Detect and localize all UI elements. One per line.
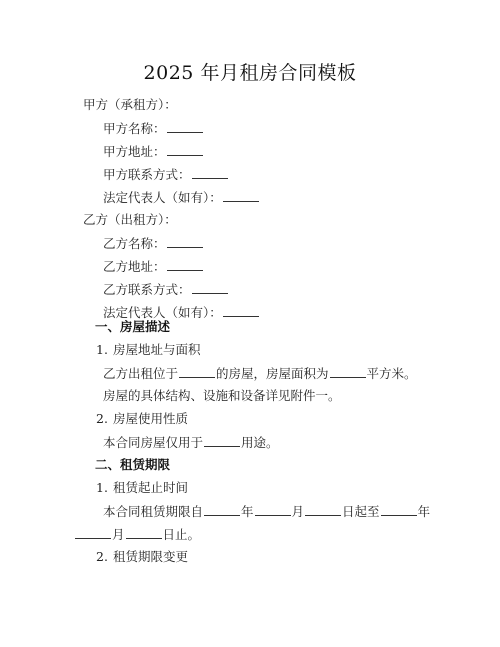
party-a-address-line: 甲方地址：	[103, 143, 204, 160]
document-title: 2025 年月租房合同模板	[0, 58, 500, 85]
end-year-blank[interactable]	[381, 503, 417, 516]
section-2-heading: 二、租赁期限	[95, 457, 170, 473]
party-a-rep-blank[interactable]	[223, 189, 259, 202]
section-1-item-2-text: 本合同房屋仅用于用途。	[103, 434, 279, 451]
section-2-item-2-title: 2.租赁期限变更	[96, 549, 188, 565]
section-1-heading: 一、房屋描述	[95, 319, 170, 335]
section-1-item-1-text-line-2: 房屋的具体结构、设施和设备详见附件一。	[103, 388, 341, 404]
party-b-rep-blank[interactable]	[223, 304, 259, 317]
start-year-blank[interactable]	[204, 503, 240, 516]
party-a-name-line: 甲方名称：	[103, 120, 204, 137]
document-page: 2025 年月租房合同模板 甲方（承租方）： 甲方名称： 甲方地址： 甲方联系方…	[0, 0, 500, 647]
section-2-item-1-title: 1.租赁起止时间	[96, 480, 188, 496]
section-1-item-1-text: 乙方出租位于的房屋，房屋面积为平方米。	[103, 365, 417, 382]
section-1-item-1-title: 1.房屋地址与面积	[96, 342, 201, 358]
party-a-name-blank[interactable]	[167, 120, 203, 133]
party-b-heading: 乙方（出租方）：	[83, 212, 177, 228]
party-a-rep-line: 法定代表人（如有）：	[103, 189, 260, 206]
party-a-contact-line: 甲方联系方式：	[103, 166, 229, 183]
party-b-address-blank[interactable]	[167, 258, 203, 271]
end-day-blank[interactable]	[126, 526, 162, 539]
party-b-contact-line: 乙方联系方式：	[103, 281, 229, 298]
section-1-item-2-title: 2.房屋使用性质	[96, 411, 188, 427]
party-b-name-line: 乙方名称：	[103, 235, 204, 252]
usage-purpose-blank[interactable]	[204, 434, 240, 447]
party-a-contact-blank[interactable]	[192, 166, 228, 179]
party-b-address-line: 乙方地址：	[103, 258, 204, 275]
party-a-heading: 甲方（承租方）：	[83, 97, 177, 113]
section-2-item-1-text: 本合同租赁期限自年月日起至年	[103, 503, 430, 520]
start-day-blank[interactable]	[305, 503, 341, 516]
party-a-address-blank[interactable]	[167, 143, 203, 156]
party-b-name-blank[interactable]	[167, 235, 203, 248]
end-month-blank[interactable]	[75, 526, 111, 539]
house-area-blank[interactable]	[330, 365, 366, 378]
house-location-blank[interactable]	[179, 365, 215, 378]
start-month-blank[interactable]	[255, 503, 291, 516]
party-b-contact-blank[interactable]	[192, 281, 228, 294]
section-2-item-1-text-line-2: 月日止。	[74, 526, 200, 543]
